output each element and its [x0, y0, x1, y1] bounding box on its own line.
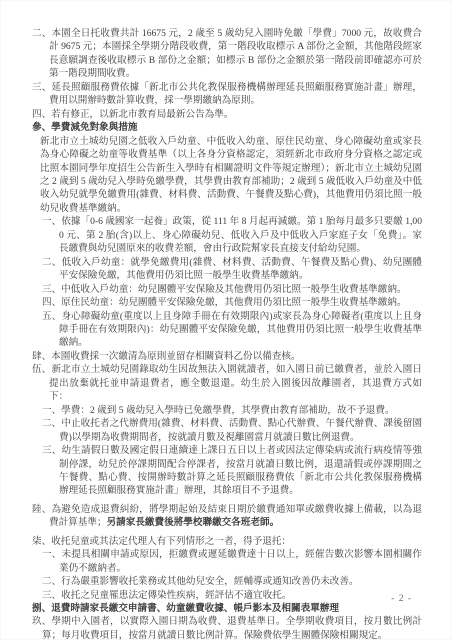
- paragraph: 二、低收入戶幼童：就學免繳費用(雜費、材料費、活動費、午餐費及點心費)、幼兒團體…: [42, 256, 422, 283]
- page-number: - 2 -: [0, 594, 412, 604]
- paragraph: 二、行為嚴重影響收托業務或其他幼兒安全，經輔導或通知改善仍未改善。: [42, 575, 422, 588]
- text-run: 三、中低收入戶幼童：幼兒團體平安保險及其他費用仍須比照一般學生收費基準繳納。: [42, 284, 407, 295]
- paragraph: 五、身心障礙幼童(重度以上且身障手冊在有效期限內)或家長為身心障礙者(重度以上且…: [42, 310, 422, 350]
- text-run: 新北市立土城幼兒園之低收入戶幼童、中低收入幼童、原住民幼童、身心障礙幼童或家長為…: [40, 136, 422, 214]
- paragraph: 三、延長照顧服務費依據「新北市公共化教保服務機構辦理延長照顧服務實施計畫」辦理，…: [32, 81, 422, 108]
- paragraph: 伍、新北市立土城幼兒園錄取幼生因故無法入園就讀者，如入園日前已繳費者，並於入園日…: [32, 363, 422, 403]
- text-run: 三、延長照顧服務費依據「新北市公共化教保服務機構辦理延長照顧服務實施計畫」辦理，…: [32, 82, 422, 106]
- paragraph: 四、原住民幼童：幼兒團體平安保險免繳，其他費用仍須比照一般學生收費基準繳納。: [42, 296, 422, 309]
- text-run: 二、中止收托者之代辦費用(雜費、材料費、活動費、點心代辦費、午餐代辦費、課後留園…: [42, 418, 422, 442]
- paragraph: 陸、為避免造成退費糾紛，將學期起始及結束日期於繳費通知單或繳費收據上備載，以為退…: [32, 503, 422, 530]
- text-run: 二、低收入戶幼童：就學免繳費用(雜費、材料費、活動費、午餐費及點心費)、幼兒團體…: [42, 257, 422, 281]
- text-run: 伍、新北市立土城幼兒園錄取幼生因故無法入園就讀者，如入園日前已繳費者，並於入園日…: [32, 364, 422, 402]
- paragraph: 一、學費：2 歲到 5 歲幼兒入學時已免繳學費，其學費由教育部補助，故不予退費。: [42, 404, 422, 417]
- document-body: 二、本園全日托收費共計 16675 元，2 歲至 5 歲幼兒入園時免繳「學費」7…: [32, 27, 422, 640]
- text-run: 一、未提具相關申請或原因，拒繳費或遲延繳費達十日以上，經催告數次影響本園相關作業…: [42, 549, 422, 573]
- bold-text-run: 另請家長繳費後將學校聯繳交各班老師。: [107, 517, 280, 528]
- bold-text-run: 捌、退費時請家長繳交申請書、幼童繳費收據、帳戶影本及相關表單辦理: [32, 603, 339, 614]
- text-run: 四、若有修正，以新北市教育局最新公告為準。: [32, 109, 233, 120]
- paragraph: 新北市立土城幼兒園之低收入戶幼童、中低收入幼童、原住民幼童、身心障礙幼童或家長為…: [40, 135, 422, 216]
- paragraph: 四、若有修正，以新北市教育局最新公告為準。: [32, 108, 422, 121]
- paragraph: 玖、學期中入園者，以實際入園日期為收費、退費基準日。全學期收費項目，按月數比例計…: [32, 615, 422, 640]
- paragraph: 二、中止收托者之代辦費用(雜費、材料費、活動費、點心代辦費、午餐代辦費、課後留園…: [42, 417, 422, 444]
- bold-text-run: 參、學費減免對象與措施: [32, 122, 138, 133]
- text-run: 四、原住民幼童：幼兒團體平安保險免繳，其他費用仍須比照一般學生收費基準繳納。: [42, 297, 407, 308]
- document-page: 二、本園全日托收費共計 16675 元，2 歲至 5 歲幼兒入園時免繳「學費」7…: [0, 0, 452, 640]
- text-run: 玖、學期中入園者，以實際入園日期為收費、退費基準日。全學期收費項目，按月數比例計…: [32, 616, 422, 640]
- paragraph: 捌、退費時請家長繳交申請書、幼童繳費收據、帳戶影本及相關表單辦理: [32, 602, 422, 615]
- paragraph: 肆、本園收費採一次繳清為原則並留存相關資料乙份以備查核。: [32, 350, 422, 363]
- text-run: 肆、本園收費採一次繳清為原則並留存相關資料乙份以備查核。: [32, 351, 301, 362]
- paragraph: 一、依據「0-6 歲國家一起養」政策，從 111 年 8 月起再減繳。第 1 胎…: [42, 215, 422, 255]
- paragraph: 三、中低收入戶幼童：幼兒團體平安保險及其他費用仍須比照一般學生收費基準繳納。: [42, 283, 422, 296]
- text-run: 二、本園全日托收費共計 16675 元，2 歲至 5 歲幼兒入園時免繳「學費」7…: [32, 28, 422, 79]
- text-run: 五、身心障礙幼童(重度以上且身障手冊在有效期限內)或家長為身心障礙者(重度以上且…: [42, 311, 422, 349]
- text-run: 柒、收托兒童或其法定代理人有下列情形之一者，得予退托：: [32, 536, 291, 547]
- paragraph: 一、未提具相關申請或原因，拒繳費或遲延繳費達十日以上，經催告數次影響本園相關作業…: [42, 548, 422, 575]
- paragraph: 三、幼生請假日數及國定假日連續達上課日五日以上者或因法定傳染病或流行病疫情等強制…: [42, 444, 422, 498]
- text-run: 一、依據「0-6 歲國家一起養」政策，從 111 年 8 月起再減繳。第 1 胎…: [42, 216, 422, 254]
- text-run: 一、學費：2 歲到 5 歲幼兒入學時已免繳學費，其學費由教育部補助，故不予退費。: [42, 405, 395, 416]
- text-run: 二、行為嚴重影響收托業務或其他幼兒安全，經輔導或通知改善仍未改善。: [42, 576, 359, 587]
- text-run: 三、幼生請假日數及國定假日連續達上課日五日以上者或因法定傳染病或流行病疫情等強制…: [42, 445, 422, 496]
- paragraph: 二、本園全日托收費共計 16675 元，2 歲至 5 歲幼兒入園時免繳「學費」7…: [32, 27, 422, 81]
- paragraph: 柒、收托兒童或其法定代理人有下列情形之一者，得予退托：: [32, 535, 422, 548]
- paragraph: 參、學費減免對象與措施: [32, 121, 422, 134]
